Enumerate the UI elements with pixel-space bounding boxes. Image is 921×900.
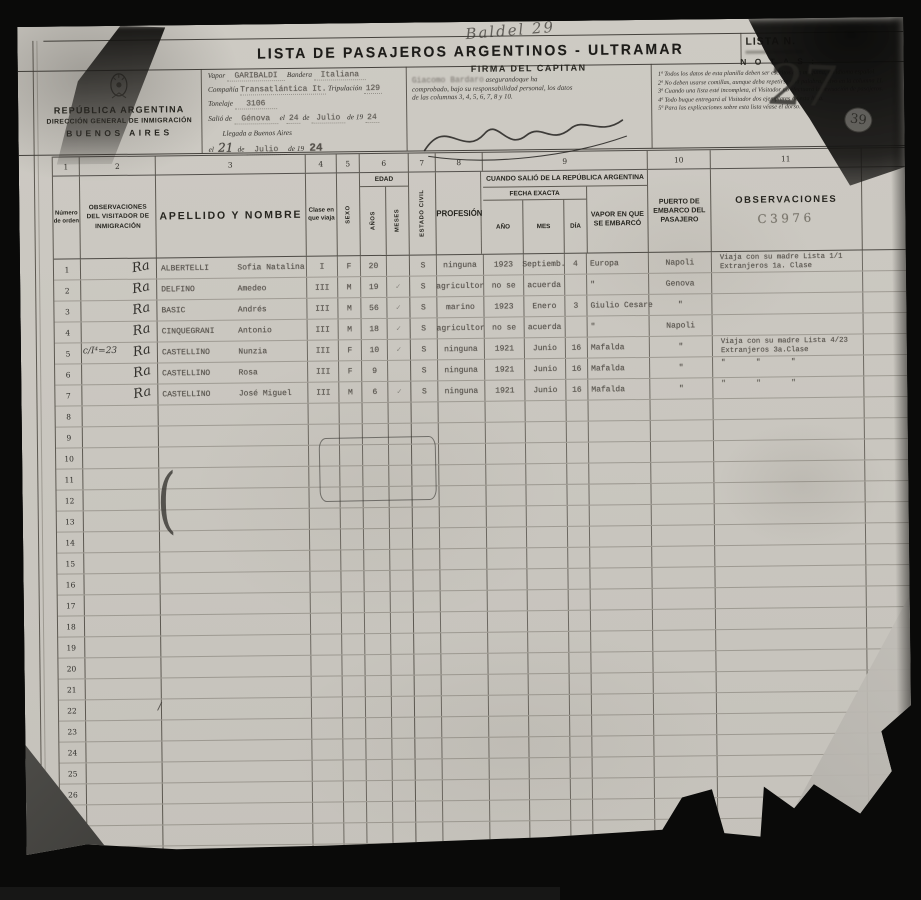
cell-dia-salida: 16 (566, 380, 588, 400)
cell-mes-salida (526, 485, 567, 505)
cell-observaciones (714, 439, 865, 461)
cell-profesion (444, 864, 491, 885)
cell-numero: 22 (59, 700, 86, 720)
cell-numero: 17 (58, 595, 85, 615)
header-puerto: PUERTO DE EMBARCO DEL PASAJERO (648, 169, 712, 252)
cell-ano-salida (488, 632, 528, 652)
cell-observaciones (716, 586, 867, 608)
cell-apellido (164, 845, 314, 867)
cell-meses (391, 655, 414, 675)
given-name (242, 687, 311, 688)
cell-numero: 9 (56, 427, 83, 447)
cell-mes-salida (531, 863, 572, 883)
cell-numero: 25 (60, 763, 87, 783)
cell-mes-salida: Junio (525, 380, 566, 400)
cell-numero: 24 (59, 742, 86, 762)
cell-vapor-embarco: Giulio Cesare (587, 295, 649, 316)
cell-visitador (84, 531, 160, 552)
cell-ano-salida (486, 443, 526, 463)
cell-observaciones (715, 544, 866, 566)
cell-sexo (343, 718, 366, 738)
given-name (241, 603, 310, 604)
cell-estado-civil: S (410, 255, 437, 275)
cell-dia-salida (570, 716, 592, 736)
cell-observaciones (714, 418, 865, 440)
cell-puerto-embarco (652, 504, 715, 525)
given-name (239, 435, 308, 436)
cell-ano-salida: 1921 (485, 338, 525, 358)
cell-mes-salida (530, 758, 571, 778)
cell-puerto-embarco (653, 588, 716, 609)
cell-vapor-embarco (591, 652, 653, 673)
given-name (241, 561, 310, 562)
cell-sexo (345, 865, 368, 885)
cell-apellido: ALBERTELLI Sofia Natalina (157, 257, 307, 279)
cell-vapor-embarco (591, 610, 653, 631)
header-apellido: APELLIDO Y NOMBRE (156, 174, 307, 258)
cell-dia-salida (570, 674, 592, 694)
cell-visitador (83, 447, 159, 468)
cell-apellido (162, 677, 312, 699)
cell-mes-salida (525, 401, 566, 421)
cell-dia-salida (570, 737, 592, 757)
tripulacion-label: Tripulación (328, 83, 362, 92)
check-mark: ✓ (395, 283, 401, 291)
colnum-3: 3 (156, 155, 306, 175)
cell-sexo (345, 844, 368, 864)
cell-numero: 12 (56, 490, 83, 510)
cell-profesion (439, 486, 486, 507)
salio-dia-value: 24 (287, 113, 301, 123)
cell-puerto-embarco (653, 609, 716, 630)
cell-mes-salida (526, 443, 567, 463)
cell-clase (313, 781, 344, 801)
cell-vapor-embarco: " (588, 316, 650, 337)
divider-ship-captain (406, 67, 408, 151)
cell-puerto-embarco (655, 798, 718, 819)
llegada-label-line: Llegada a Buenos Aires (222, 126, 402, 137)
cell-mes-salida (530, 800, 571, 820)
cell-anos (367, 760, 393, 780)
cell-estado-civil (415, 696, 442, 716)
cell-dia-salida: 4 (565, 254, 587, 274)
given-name (240, 519, 309, 520)
cell-vapor-embarco (594, 862, 656, 883)
given-name: Antonio (238, 325, 307, 335)
cell-clase (310, 571, 341, 591)
cell-sexo (342, 634, 365, 654)
cell-estado-civil (416, 801, 443, 821)
colnum-4: 4 (306, 154, 337, 172)
cell-puerto-embarco (652, 567, 715, 588)
cell-anos (365, 634, 391, 654)
pencil-brace-annotation: ( (156, 469, 176, 529)
cell-dia-salida (568, 569, 590, 589)
cell-vapor-embarco (593, 757, 655, 778)
cell-sexo (341, 508, 364, 528)
cell-estado-civil (415, 738, 442, 758)
given-name (242, 645, 311, 646)
cell-visitador (88, 867, 164, 888)
cell-profesion (442, 675, 489, 696)
header-estado-label: ESTADO CIVIL (419, 190, 426, 237)
cell-meses (392, 718, 415, 738)
cell-apellido: CASTELLINO Rosa (158, 362, 308, 384)
cell-vapor-embarco (590, 568, 652, 589)
pencil-page-number: 27 (764, 53, 840, 120)
given-name (241, 582, 310, 583)
cell-meses (391, 592, 414, 612)
cell-profesion (442, 717, 489, 738)
cell-estado-civil (417, 864, 444, 884)
cell-ano-salida: 1923 (484, 254, 524, 274)
cell-mes-salida (528, 632, 569, 652)
cell-clase (310, 529, 341, 549)
surname: BASIC (157, 305, 238, 315)
vapor-label: Vapor (208, 71, 226, 80)
cell-visitador (85, 636, 161, 657)
llegada-de19-label: de 19 (288, 144, 304, 153)
cell-dia-salida (571, 800, 593, 820)
cell-anos (365, 655, 391, 675)
cell-dia-salida (567, 443, 589, 463)
cell-profesion: agricultor (438, 318, 485, 339)
cell-estado-civil: S (411, 318, 438, 338)
header-obs-visitador: OBSERVACIONES DEL VISITADOR DE INMIGRACI… (80, 175, 157, 258)
cell-numero: 6 (55, 364, 82, 384)
header-anos-label: AÑOS (370, 211, 376, 230)
surname (159, 415, 239, 416)
cell-visitador (87, 804, 163, 825)
visitador-initials: Ra (131, 300, 151, 318)
cell-ano-salida (486, 422, 526, 442)
header-edad-group: EDAD AÑOS MESES (360, 173, 410, 256)
table-row: 30 (61, 859, 914, 890)
ship-line-salio: Salió de Génova el 24 de Julio de 19 24 (208, 111, 402, 124)
cell-estado-civil (413, 549, 440, 569)
cell-numero: 16 (57, 574, 84, 594)
table-rows: 1 Ra ALBERTELLI Sofia Natalina I F 20 S … (54, 250, 914, 890)
cell-vapor-embarco: Mafalda (588, 358, 650, 379)
cell-profesion (440, 528, 487, 549)
cell-anos (367, 823, 393, 843)
cell-apellido (159, 446, 309, 468)
cell-dia-salida (569, 611, 591, 631)
header-meses: MESES (386, 187, 409, 255)
cell-vapor-embarco (592, 736, 654, 757)
cell-observaciones (716, 628, 867, 650)
given-name (243, 729, 312, 730)
surname (164, 877, 244, 878)
cell-visitador (87, 762, 163, 783)
cell-estado-civil (416, 759, 443, 779)
cell-puerto-embarco (655, 840, 718, 861)
cell-estado-civil: S (411, 381, 438, 401)
given-name: Rosa (239, 367, 308, 377)
cell-clase: III (308, 382, 339, 402)
cell-visitador (86, 741, 162, 762)
cell-dia-salida (567, 464, 589, 484)
cell-observaciones: Viaja con su madre Lista 4/23 Extranjero… (713, 334, 864, 356)
colnum-10: 10 (648, 150, 711, 169)
cell-dia-salida (565, 275, 587, 295)
cell-observaciones (714, 460, 865, 482)
surname: CINQUEGRANI (158, 326, 239, 336)
cell-vapor-embarco: Mafalda (588, 379, 650, 400)
cell-meses (391, 634, 414, 654)
cell-dia-salida (566, 401, 588, 421)
header-sexo: SEXO (337, 173, 361, 255)
cell-ano-salida (487, 527, 527, 547)
cell-observaciones (717, 670, 868, 692)
cell-anos (366, 718, 392, 738)
cell-profesion (439, 423, 486, 444)
given-name (243, 771, 312, 772)
cell-mes-salida (530, 779, 571, 799)
cell-mes-salida: acuerda (525, 317, 566, 337)
cell-anos (367, 802, 393, 822)
el-label: el (280, 113, 285, 122)
cell-profesion (441, 591, 488, 612)
cell-sexo: F (339, 340, 362, 360)
cell-meses (390, 550, 413, 570)
cell-apellido (159, 488, 309, 510)
cell-apellido (160, 530, 310, 552)
cell-clase (313, 760, 344, 780)
cell-ano-salida (488, 590, 528, 610)
header-vapor: VAPOR EN QUE SE EMBARCÓ (586, 186, 648, 253)
header-ano: AÑO (483, 200, 524, 253)
cell-apellido (161, 614, 311, 636)
cell-sexo (344, 823, 367, 843)
cell-observaciones (717, 691, 868, 713)
cell-apellido (161, 635, 311, 657)
cell-vapor-embarco (589, 463, 651, 484)
llegada-dia-value: 21 (216, 140, 236, 154)
passenger-list-sheet: Baldel 29 LISTA DE PASAJEROS ARGENTINOS … (17, 17, 913, 875)
surname: CASTELLINO (158, 389, 239, 399)
cell-clase (310, 508, 341, 528)
cell-mes-salida (527, 569, 568, 589)
cell-sexo: M (339, 382, 362, 402)
cell-anos: 10 (362, 340, 388, 360)
check-mark: ✓ (396, 325, 402, 333)
cell-profesion (441, 633, 488, 654)
cell-observaciones (718, 838, 869, 860)
cell-clase (311, 592, 342, 612)
cell-apellido: CINQUEGRANI Antonio (158, 320, 308, 342)
cell-observaciones: Viaja con su madre Lista 1/1 Extranjeros… (712, 250, 863, 272)
cell-ano-salida (488, 611, 528, 631)
cell-meses: ✓ (388, 382, 411, 402)
header-fecha-exacta: FECHA EXACTA (483, 187, 586, 201)
cell-ano-salida (490, 800, 530, 820)
header-profesion: PROFESIÓN (438, 172, 482, 254)
cell-mes-salida (528, 653, 569, 673)
cell-visitador (83, 405, 159, 426)
cell-mes-salida (528, 590, 569, 610)
colnum-7: 7 (409, 153, 436, 171)
surname: DELFINO (157, 284, 238, 294)
cell-apellido (163, 824, 313, 846)
cell-profesion (440, 549, 487, 570)
cell-apellido (160, 551, 310, 573)
cell-anos (368, 865, 394, 885)
cell-apellido (163, 803, 313, 825)
cell-apellido (160, 509, 310, 531)
cell-vapor-embarco (590, 547, 652, 568)
cell-apellido: / (162, 698, 312, 720)
cell-observaciones (713, 313, 864, 335)
cell-visitador (84, 552, 160, 573)
vapor-value: GARIBALDI (227, 71, 285, 82)
header-clase: Clase en que viaja (306, 173, 338, 255)
cell-mes-salida (530, 821, 571, 841)
ship-info-block: Vapor GARIBALDI Bandera Italiana Compañí… (208, 69, 403, 159)
cell-clase (312, 697, 343, 717)
cell-apellido (163, 782, 313, 804)
cell-dia-salida (570, 695, 592, 715)
cell-meses (387, 256, 410, 276)
cell-vapor-embarco (588, 400, 650, 421)
cell-clase (312, 718, 343, 738)
cell-ano-salida: no se (485, 317, 525, 337)
cell-ano-salida (485, 401, 525, 421)
given-name: Amedeo (238, 283, 307, 293)
cell-profesion: ninguna (437, 255, 484, 276)
cell-estado-civil (413, 528, 440, 548)
cell-dia-salida (571, 842, 593, 862)
cell-puerto-embarco: " (650, 357, 713, 378)
cell-vapor-embarco (589, 484, 651, 505)
cell-puerto-embarco (654, 672, 717, 693)
cell-sexo (340, 403, 363, 423)
cell-dia-salida (571, 779, 593, 799)
cell-sexo (343, 739, 366, 759)
cell-mes-salida (526, 422, 567, 442)
cell-visitador (85, 594, 161, 615)
cell-clase (311, 634, 342, 654)
cell-anos (366, 739, 392, 759)
cell-puerto-embarco (655, 777, 718, 798)
cell-profesion (441, 612, 488, 633)
surname (161, 667, 241, 668)
cell-vapor-embarco (591, 631, 653, 652)
cell-margin (870, 859, 914, 879)
cell-numero: 3 (54, 301, 81, 321)
cell-profesion (443, 822, 490, 843)
cell-sexo: F (339, 361, 362, 381)
cell-dia-salida (571, 821, 593, 841)
cell-meses (393, 823, 416, 843)
header-anos: AÑOS (360, 187, 387, 255)
cell-numero: 18 (58, 616, 85, 636)
cell-numero: 1 (54, 259, 81, 279)
cell-anos (367, 781, 393, 801)
cell-clase: III (308, 340, 339, 360)
cell-clase (309, 403, 340, 423)
llegada-label: Llegada a Buenos Aires (222, 128, 292, 138)
visitador-initials: Ra (132, 342, 152, 360)
cell-estado-civil (414, 612, 441, 632)
cell-vapor-embarco (591, 589, 653, 610)
passenger-table: 1 2 3 4 5 6 7 8 9 10 11 Número de orden … (52, 147, 914, 890)
visitador-initials: Ra (132, 321, 152, 339)
surname (163, 835, 243, 836)
cell-meses (390, 529, 413, 549)
cell-sexo (344, 781, 367, 801)
bandera-label: Bandera (287, 70, 312, 79)
cell-visitador (88, 846, 164, 867)
cell-numero: 5 (55, 343, 82, 363)
cell-visitador: Ra (82, 363, 158, 384)
cell-profesion: ninguna (438, 360, 485, 381)
cell-profesion (440, 507, 487, 528)
cell-dia-salida (568, 506, 590, 526)
cell-visitador (83, 489, 159, 510)
captain-block: FIRMA DEL CAPITAN Giacomo Bardaro asegur… (412, 62, 646, 102)
cell-margin (869, 796, 913, 816)
cell-profesion (444, 843, 491, 864)
salio-puerto-value: Génova (234, 114, 278, 124)
cell-ano-salida (490, 821, 530, 841)
given-name: Nunzia (238, 346, 307, 356)
cell-dia-salida (566, 317, 588, 337)
cell-puerto-embarco (652, 525, 715, 546)
cell-meses: ✓ (388, 319, 411, 339)
cell-observaciones (715, 565, 866, 587)
header-estado: ESTADO CIVIL (409, 172, 437, 254)
cell-observaciones (719, 859, 870, 881)
cell-sexo (344, 802, 367, 822)
cell-apellido (164, 866, 314, 888)
cell-anos (366, 676, 392, 696)
cell-ano-salida (489, 716, 529, 736)
cell-mes-salida: Junio (525, 338, 566, 358)
ship-line-vapor: Vapor GARIBALDI Bandera Italiana (208, 69, 402, 82)
cell-clase (312, 739, 343, 759)
cell-vapor-embarco (592, 715, 654, 736)
cell-observaciones: " " " (713, 376, 864, 398)
cell-estado-civil (414, 633, 441, 653)
cell-anos (364, 550, 390, 570)
cell-numero: 19 (58, 637, 85, 657)
cell-profesion (440, 570, 487, 591)
cell-profesion (443, 801, 490, 822)
cell-apellido: CASTELLINO José Miguel (158, 383, 308, 405)
surname: ALBERTELLI (157, 263, 238, 273)
cell-puerto-embarco (651, 441, 714, 462)
cell-dia-salida (567, 485, 589, 505)
cell-estado-civil (413, 507, 440, 527)
cell-observaciones (716, 607, 867, 629)
cell-ano-salida (489, 737, 529, 757)
cell-profesion: ninguna (438, 339, 485, 360)
cell-ano-salida (486, 485, 526, 505)
surname (162, 751, 242, 752)
captain-line1: asegurandoque ha (486, 75, 538, 84)
cell-visitador (85, 657, 161, 678)
cell-anos (366, 697, 392, 717)
cell-estado-civil: S (411, 339, 438, 359)
cell-ano-salida (491, 863, 531, 883)
cell-ano-salida (486, 464, 526, 484)
tripulacion-value: 129 (364, 84, 382, 94)
bandera-value: Italiana (314, 70, 366, 81)
cell-sexo: M (338, 277, 361, 297)
surname: CASTELLINO (158, 347, 239, 357)
cell-puerto-embarco (656, 861, 719, 882)
